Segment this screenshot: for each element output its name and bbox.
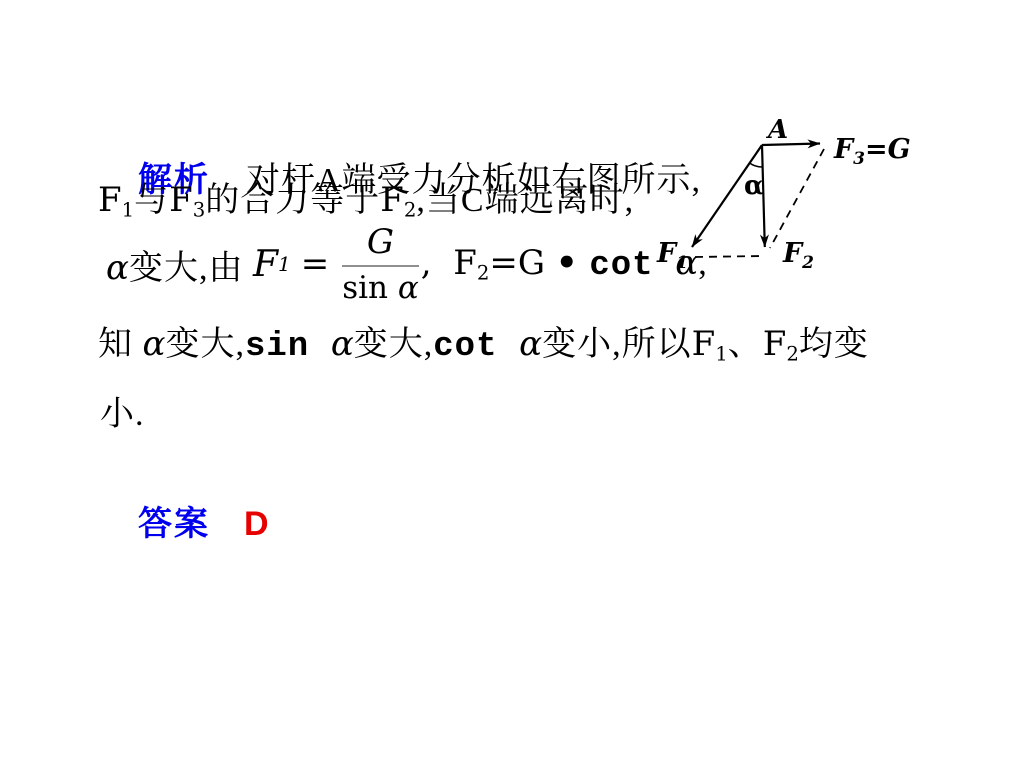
text-segment: 2 bbox=[404, 199, 417, 222]
answer-value: D bbox=[244, 505, 269, 543]
text-segment: F bbox=[169, 180, 193, 220]
text-segment: 2 bbox=[786, 343, 799, 366]
f3-label: F3=G bbox=[833, 134, 911, 169]
text-segment: cot bbox=[589, 247, 653, 285]
text-segment bbox=[498, 324, 520, 364]
text-segment: 的合力等于 bbox=[205, 182, 380, 219]
formula-f: F bbox=[253, 244, 278, 285]
text-segment: 3 bbox=[193, 199, 206, 222]
solution-line-3: α变大,由 F1 = G sin α , F2=G • cot α, bbox=[106, 222, 708, 306]
answer-label: 答案 bbox=[138, 505, 210, 543]
text-segment: 与 bbox=[134, 182, 169, 219]
text-segment: 变小,所以 bbox=[542, 326, 692, 363]
f2-label: F2 bbox=[782, 238, 814, 273]
f1-label: F1 bbox=[656, 238, 688, 273]
text-segment: sin bbox=[245, 328, 309, 366]
point-a-label: A bbox=[765, 115, 788, 145]
text-segment: α bbox=[331, 324, 354, 364]
text-segment: α bbox=[519, 324, 542, 364]
equals-sign: = bbox=[301, 244, 331, 284]
formula-f-subscript: 1 bbox=[278, 252, 291, 276]
alpha-label: α bbox=[744, 171, 764, 201]
text-segment: 知 bbox=[98, 326, 143, 363]
fraction-denominator: sin α bbox=[342, 267, 419, 306]
text-segment: F bbox=[453, 243, 477, 283]
text-segment: F bbox=[98, 180, 122, 220]
text-segment: 变大,由 bbox=[129, 250, 253, 287]
text-segment bbox=[579, 243, 590, 283]
text-segment: 均变 bbox=[799, 326, 869, 363]
angle-arc bbox=[750, 163, 763, 167]
dashed-bottom-side bbox=[695, 256, 762, 257]
dashed-parallelogram-side bbox=[770, 149, 824, 248]
fraction: G sin α bbox=[342, 222, 419, 306]
text-segment: 变大, bbox=[354, 326, 434, 363]
text-segment: 1 bbox=[715, 343, 728, 366]
text-segment bbox=[545, 243, 556, 283]
text-segment: 1 bbox=[122, 199, 135, 222]
text-segment: 变大, bbox=[165, 326, 245, 363]
solution-line-4: 知 α变大,sin α变大,cot α变小,所以F1、F2均变 bbox=[98, 316, 869, 366]
text-segment: =G bbox=[489, 243, 545, 283]
text-segment: F bbox=[380, 180, 404, 220]
text-segment: 、 bbox=[728, 326, 763, 363]
text-segment: , bbox=[421, 243, 453, 283]
fraction-numerator: G bbox=[363, 222, 398, 265]
text-segment: • bbox=[556, 243, 579, 283]
formula-f1-equals-g-over-sin-alpha: F1 = G sin α bbox=[253, 222, 421, 306]
force-diagram: A F3=G F1 F2 α bbox=[648, 98, 928, 283]
slide-page: 解析对杆A端受力分析如右图所示, F1与F3的合力等于F2,当C端远离时, α变… bbox=[0, 0, 1024, 768]
solution-line-5: 小. bbox=[100, 386, 145, 435]
text-segment: α bbox=[106, 248, 129, 288]
text-segment bbox=[309, 324, 331, 364]
answer-line: 答案D bbox=[100, 458, 269, 583]
text-segment: α bbox=[143, 324, 166, 364]
text-segment: cot bbox=[433, 328, 497, 366]
text-segment: 2 bbox=[477, 262, 490, 285]
text-segment: F bbox=[692, 324, 716, 364]
text-segment: ,当C端远离时, bbox=[416, 182, 634, 219]
text-segment: F bbox=[763, 324, 787, 364]
line3-pre-text: α变大,由 bbox=[106, 240, 253, 289]
solution-line-2: F1与F3的合力等于F2,当C端远离时, bbox=[98, 172, 634, 222]
